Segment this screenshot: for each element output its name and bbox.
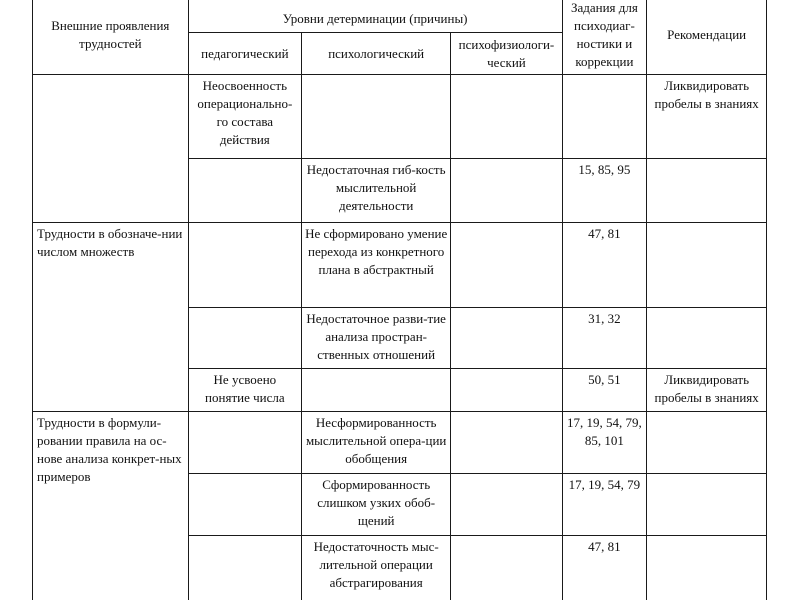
header-psychological: психологический bbox=[302, 33, 451, 75]
cell-psychophysiological bbox=[451, 75, 562, 159]
cell-tasks: 17, 19, 54, 79 bbox=[562, 474, 647, 536]
cell-psychophysiological bbox=[451, 412, 562, 474]
cell-recommendations bbox=[647, 223, 767, 308]
cell-pedagogical bbox=[188, 536, 301, 600]
cell-psychological: Недостаточное разви-тие анализа простран… bbox=[302, 308, 451, 369]
cell-psychological: Не сформировано умение перехода из конкр… bbox=[302, 223, 451, 308]
cell-recommendations bbox=[647, 412, 767, 474]
header-pedagogical: педагогический bbox=[188, 33, 301, 75]
cell-tasks: 50, 51 bbox=[562, 369, 647, 412]
cell-tasks: 47, 81 bbox=[562, 536, 647, 600]
cell-recommendations bbox=[647, 536, 767, 600]
table-row: Трудности в обозначе-нии числом множеств… bbox=[33, 223, 767, 308]
cell-psychophysiological bbox=[451, 223, 562, 308]
header-levels-group: Уровни детерминации (причины) bbox=[188, 0, 562, 33]
cell-psychological: Сформированность слишком узких обоб-щени… bbox=[302, 474, 451, 536]
cell-external: Трудности в обозначе-нии числом множеств bbox=[33, 223, 189, 412]
cell-psychophysiological bbox=[451, 536, 562, 600]
cell-psychophysiological bbox=[451, 308, 562, 369]
cell-recommendations bbox=[647, 159, 767, 223]
cell-external bbox=[33, 75, 189, 223]
header-row-top: Внешние проявления трудностей Уровни дет… bbox=[33, 0, 767, 33]
cell-tasks: 17, 19, 54, 79, 85, 101 bbox=[562, 412, 647, 474]
header-external: Внешние проявления трудностей bbox=[33, 0, 189, 75]
cell-psychological bbox=[302, 369, 451, 412]
cell-pedagogical bbox=[188, 412, 301, 474]
header-recommendations: Рекомендации bbox=[647, 0, 767, 75]
cell-psychophysiological bbox=[451, 369, 562, 412]
cell-recommendations bbox=[647, 474, 767, 536]
cell-external: Трудности в формули-ровании правила на о… bbox=[33, 412, 189, 600]
cell-pedagogical bbox=[188, 159, 301, 223]
cell-psychological: Несформированность мыслительной опера-ци… bbox=[302, 412, 451, 474]
table-row: Трудности в формули-ровании правила на о… bbox=[33, 412, 767, 474]
header-psychophysiological: психофизиологи-ческий bbox=[451, 33, 562, 75]
cell-pedagogical: Неосвоенность операционально-го состава … bbox=[188, 75, 301, 159]
cell-tasks: 15, 85, 95 bbox=[562, 159, 647, 223]
cell-psychophysiological bbox=[451, 159, 562, 223]
cell-pedagogical: Не усвоено понятие числа bbox=[188, 369, 301, 412]
cell-psychological bbox=[302, 75, 451, 159]
cell-pedagogical bbox=[188, 308, 301, 369]
cell-psychological: Недостаточная гиб-кость мыслительной дея… bbox=[302, 159, 451, 223]
cell-recommendations: Ликвидировать пробелы в знаниях bbox=[647, 75, 767, 159]
cell-recommendations bbox=[647, 308, 767, 369]
cell-psychological: Недостаточность мыс-лительной операции а… bbox=[302, 536, 451, 600]
difficulties-table: Внешние проявления трудностей Уровни дет… bbox=[32, 0, 767, 600]
cell-recommendations: Ликвидировать пробелы в знаниях bbox=[647, 369, 767, 412]
cell-pedagogical bbox=[188, 474, 301, 536]
cell-tasks bbox=[562, 75, 647, 159]
cell-psychophysiological bbox=[451, 474, 562, 536]
cell-tasks: 31, 32 bbox=[562, 308, 647, 369]
cell-pedagogical bbox=[188, 223, 301, 308]
table-row: Неосвоенность операционально-го состава … bbox=[33, 75, 767, 159]
cell-tasks: 47, 81 bbox=[562, 223, 647, 308]
header-tasks: Задания для психодиаг-ностики и коррекци… bbox=[562, 0, 647, 75]
